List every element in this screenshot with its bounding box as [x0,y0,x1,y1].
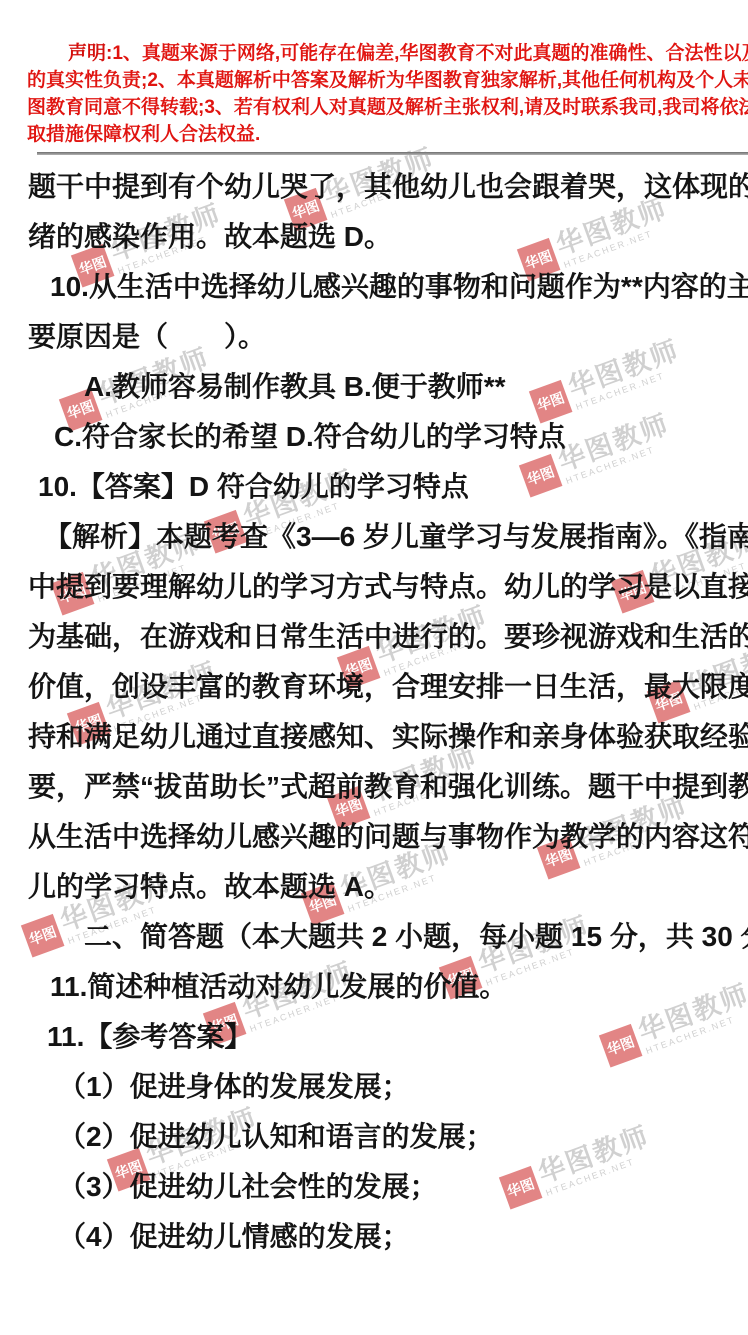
body-line: 持和满足幼儿通过直接感知、实际操作和亲身体验获取经验的需 [28,712,730,762]
disclaimer-label: 声明: [68,43,112,64]
body-line: 儿的学习特点。故本题选 A。 [28,862,730,912]
body-line: 10.【答案】D 符合幼儿的学习特点 [28,462,730,512]
body-line: 中提到要理解幼儿的学习方式与特点。幼儿的学习是以直接经验 [28,562,730,612]
document-content: 声明:1、真题来源于网络,可能存在偏差,华图教育不对此真题的准确性、合法性以及内… [0,0,748,1262]
body-line: 从生活中选择幼儿感兴趣的问题与事物作为教学的内容这符合幼 [28,812,730,862]
disclaimer-line: 声明:1、真题来源于网络,可能存在偏差,华图教育不对此真题的准确性、合法性以及内… [27,40,718,67]
disclaimer-line-text: 取措施保障权利人合法权益. [27,124,260,145]
body-line: 11.【参考答案】 [28,1012,730,1062]
body-line: （4）促进幼儿情感的发展； [28,1212,730,1262]
body-line: 二、简答题（本大题共 2 小题，每小题 15 分，共 30 分） [28,912,730,962]
body-line: （1）促进身体的发展发展； [28,1062,730,1112]
document-page: 华图 华图教师 HTEACHER.NET 华图 华图教师 HTEACHER.NE… [0,0,748,1335]
body-line: 【解析】本题考查《3—6 岁儿童学习与发展指南》。《指南》 [28,512,730,562]
body-line: 题干中提到有个幼儿哭了，其他幼儿也会跟着哭，这体现的是情 [28,162,730,212]
body-line: C.符合家长的希望 D.符合幼儿的学习特点 [28,412,730,462]
disclaimer-line-text: 的真实性负责;2、本真题解析中答案及解析为华图教育独家解析,其他任何机构及个人未… [27,70,748,91]
body-line: 绪的感染作用。故本题选 D。 [28,212,730,262]
disclaimer-line: 的真实性负责;2、本真题解析中答案及解析为华图教育独家解析,其他任何机构及个人未… [27,67,718,94]
body-line: A.教师容易制作教具 B.便于教师** [28,362,730,412]
document-body: 题干中提到有个幼儿哭了，其他幼儿也会跟着哭，这体现的是情绪的感染作用。故本题选 … [0,155,748,1262]
disclaimer-line-text: 1、真题来源于网络,可能存在偏差,华图教育不对此真题的准确性、合法性以及内容 [112,43,748,64]
body-line: 价值，创设丰富的教育环境，合理安排一日生活，最大限度地支 [28,662,730,712]
body-line: 为基础，在游戏和日常生活中进行的。要珍视游戏和生活的独特 [28,612,730,662]
body-line: 10.从生活中选择幼儿感兴趣的事物和问题作为**内容的主 [28,262,730,312]
disclaimer-line-text: 图教育同意不得转载;3、若有权利人对真题及解析主张权利,请及时联系我司,我司将依… [27,97,748,118]
disclaimer: 声明:1、真题来源于网络,可能存在偏差,华图教育不对此真题的准确性、合法性以及内… [0,0,748,148]
disclaimer-line: 取措施保障权利人合法权益. [27,121,718,148]
body-line: 11.简述种植活动对幼儿发展的价值。 [28,962,730,1012]
body-line: （3）促进幼儿社会性的发展； [28,1162,730,1212]
disclaimer-line: 图教育同意不得转载;3、若有权利人对真题及解析主张权利,请及时联系我司,我司将依… [27,94,718,121]
body-line: 要，严禁“拔苗助长”式超前教育和强化训练。题干中提到教师 [28,762,730,812]
body-line: 要原因是（ ）。 [28,312,730,362]
body-line: （2）促进幼儿认知和语言的发展； [28,1112,730,1162]
